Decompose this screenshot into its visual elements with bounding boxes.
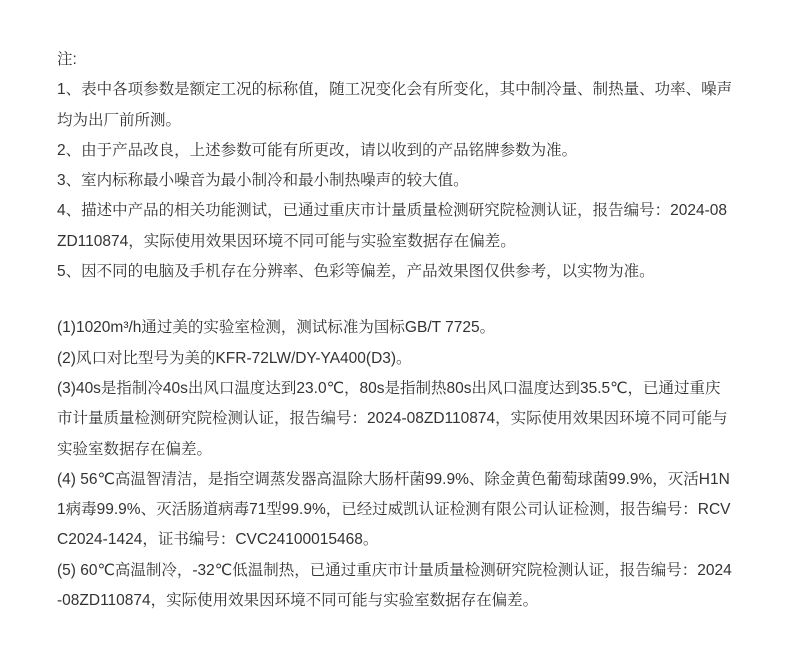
footnote-item-3: (3)40s是指制冷40s出风口温度达到23.0℃，80s是指制热80s出风口温… (57, 374, 735, 465)
note-item-1: 1、表中各项参数是额定工况的标称值，随工况变化会有所变化，其中制冷量、制热量、功… (57, 75, 735, 136)
note-item-4: 4、描述中产品的相关功能测试，已通过重庆市计量质量检测研究院检测认证，报告编号：… (57, 196, 735, 257)
product-notes-page: 注: 1、表中各项参数是额定工况的标称值，随工况变化会有所变化，其中制冷量、制热… (0, 0, 790, 653)
footnote-item-1: (1)1020m³/h通过美的实验室检测，测试标准为国标GB/T 7725。 (57, 313, 735, 343)
footnote-item-2: (2)风口对比型号为美的KFR-72LW/DY-YA400(D3)。 (57, 344, 735, 374)
notes-content: 注: 1、表中各项参数是额定工况的标称值，随工况变化会有所变化，其中制冷量、制热… (0, 0, 790, 616)
note-item-2: 2、由于产品改良，上述参数可能有所更改，请以收到的产品铭牌参数为准。 (57, 136, 735, 166)
notes-heading: 注: (57, 45, 735, 75)
note-item-5: 5、因不同的电脑及手机存在分辨率、色彩等偏差，产品效果图仅供参考，以实物为准。 (57, 257, 735, 287)
footnote-item-5: (5) 60℃高温制冷，-32℃低温制热，已通过重庆市计量质量检测研究院检测认证… (57, 556, 735, 617)
footnotes-section: (1)1020m³/h通过美的实验室检测，测试标准为国标GB/T 7725。 (… (57, 313, 735, 616)
footnote-item-4: (4) 56℃高温智清洁，是指空调蒸发器高温除大肠杆菌99.9%、除金黄色葡萄球… (57, 465, 735, 556)
note-item-3: 3、室内标称最小噪音为最小制冷和最小制热噪声的较大值。 (57, 166, 735, 196)
